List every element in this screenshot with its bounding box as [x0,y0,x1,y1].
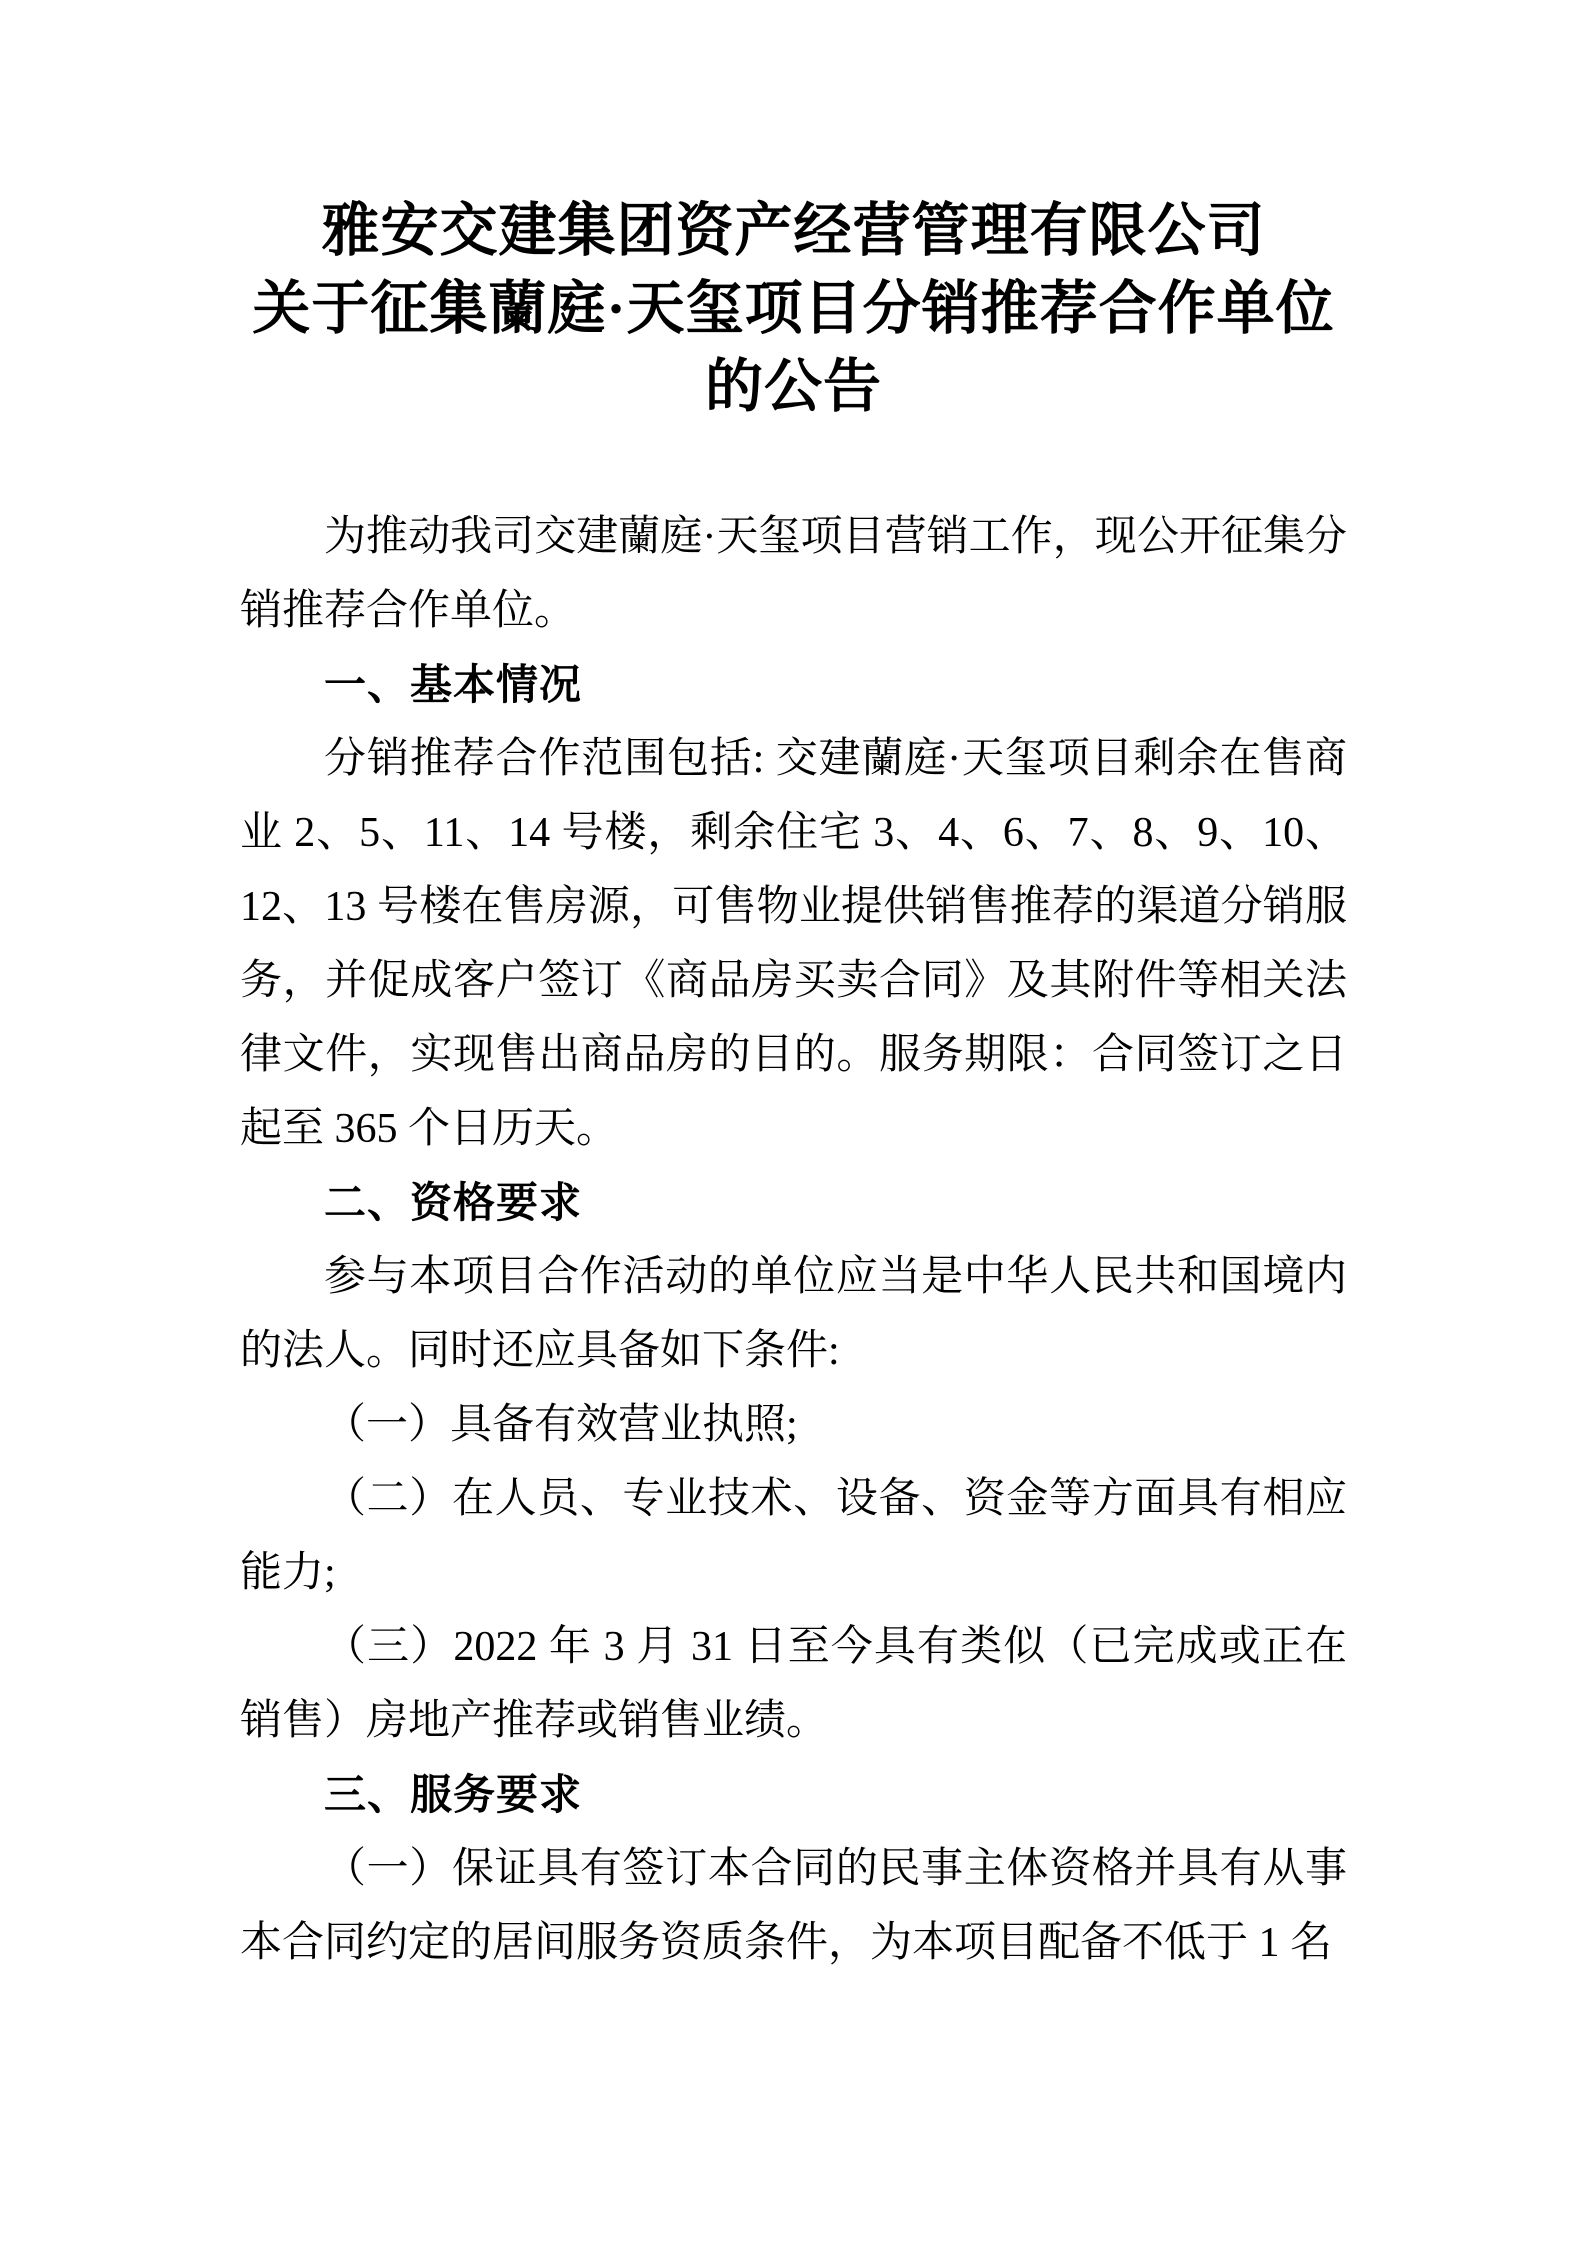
qualification-item-1: （一）具备有效营业执照; [240,1388,1347,1462]
section-heading-basic-info: 一、基本情况 [240,648,1347,722]
qualification-item-2: （二）在人员、专业技术、设备、资金等方面具有相应能力; [240,1462,1347,1610]
title-line-announcement: 的公告 [240,348,1347,426]
service-item-1: （一）保证具有签订本合同的民事主体资格并具有从事本合同约定的居间服务资质条件，为… [240,1832,1347,1980]
title-line-company: 雅安交建集团资产经营管理有限公司 [240,192,1347,270]
qualification-item-3: （三）2022 年 3 月 31 日至今具有类似（已完成或正在销售）房地产推荐或… [240,1610,1347,1758]
document-title: 雅安交建集团资产经营管理有限公司 关于征集蘭庭·天玺项目分销推荐合作单位 的公告 [240,192,1347,426]
section-heading-service: 三、服务要求 [240,1758,1347,1832]
document-page: 雅安交建集团资产经营管理有限公司 关于征集蘭庭·天玺项目分销推荐合作单位 的公告… [0,0,1587,2245]
paragraph-intro: 为推动我司交建蘭庭·天玺项目营销工作，现公开征集分销推荐合作单位。 [240,500,1347,648]
paragraph-scope: 分销推荐合作范围包括: 交建蘭庭·天玺项目剩余在售商业 2、5、11、14 号楼… [240,722,1347,1166]
title-line-subject: 关于征集蘭庭·天玺项目分销推荐合作单位 [240,270,1347,348]
section-heading-qualification: 二、资格要求 [240,1166,1347,1240]
document-body: 为推动我司交建蘭庭·天玺项目营销工作，现公开征集分销推荐合作单位。 一、基本情况… [240,500,1347,1980]
paragraph-qualification-intro: 参与本项目合作活动的单位应当是中华人民共和国境内的法人。同时还应具备如下条件: [240,1240,1347,1388]
